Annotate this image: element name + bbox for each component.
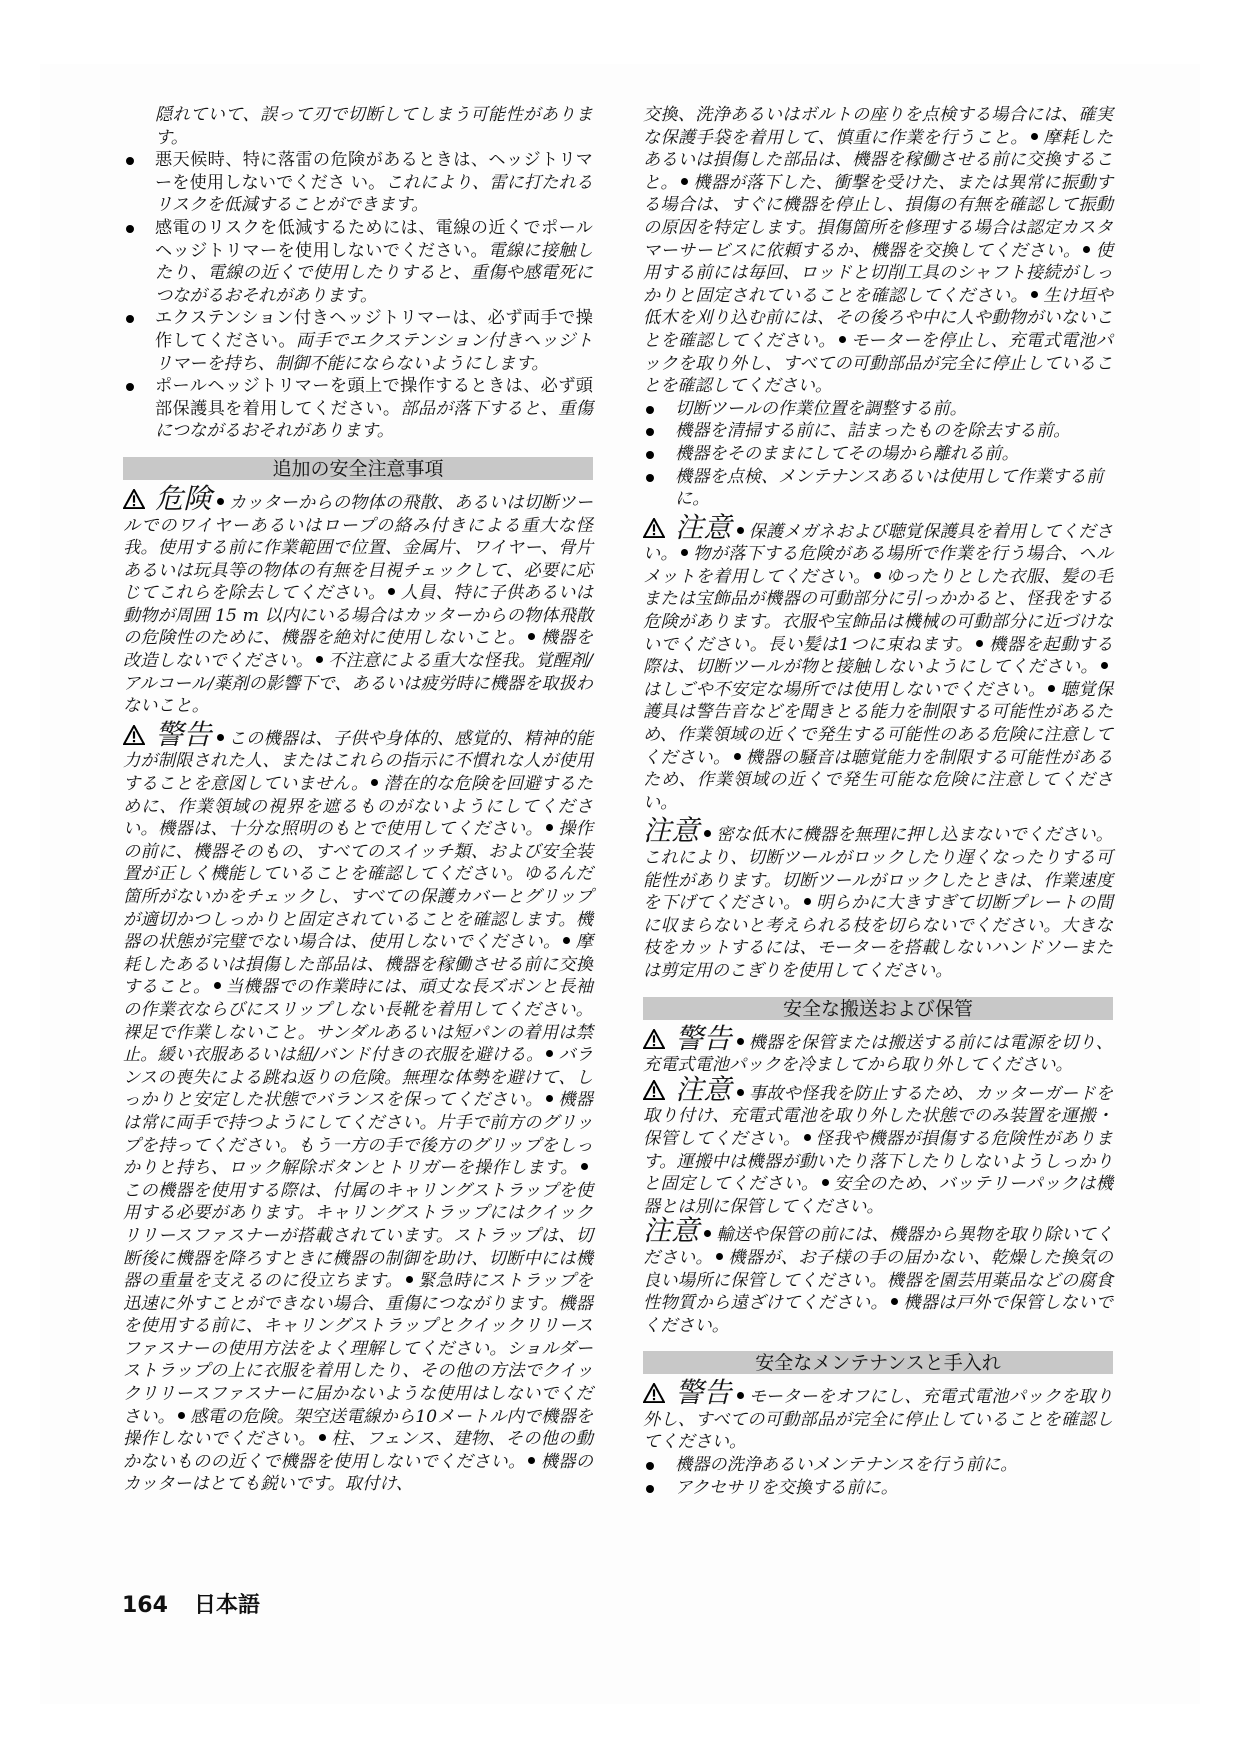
bullet-dot-icon — [388, 588, 395, 595]
bullet-dot-icon — [1031, 133, 1038, 140]
continuation-item: 機器が落下した、衝撃を受けた、または異常に振動する場合は、すぐに機器を停止し、損… — [643, 173, 1113, 261]
bullet-item: 切断ツールの作業位置を調整する前。 — [643, 398, 1113, 421]
warning-item: 緊急時にストラップを迅速に外すことができない場合、重傷につながります。機器を使用… — [123, 1271, 593, 1427]
warning-triangle-icon — [643, 1080, 665, 1100]
warning-label: 警告 — [155, 718, 212, 751]
bullet-dot-icon — [217, 498, 224, 505]
bullet-dot-icon — [737, 1089, 744, 1096]
section-heading: 追加の安全注意事項 — [123, 457, 593, 480]
bullet-dot-icon — [178, 1412, 185, 1419]
warning-block: 警告この機器は、子供や身体的、感覚的、精神的能力が制限された人、またはこれらの指… — [123, 722, 593, 1496]
warning-triangle-icon — [123, 489, 145, 509]
bullet-dot-icon — [734, 753, 741, 760]
bullet-dot-icon — [214, 982, 221, 989]
transport-caution-block: 注意事故や怪我を防止するため、カッターガードを取り付け、充電式電池を取り外した状… — [643, 1077, 1113, 1219]
notice-label: 注意 — [643, 1214, 699, 1247]
caution-label: 注意 — [675, 1073, 732, 1106]
bullet-dot-icon — [839, 336, 846, 343]
bullet-dot-icon — [804, 1134, 811, 1141]
bullet-dot-icon — [822, 1179, 829, 1186]
left-column: 隠れていて、誤って刃で切断してしまう可能性があります。 悪天候時、特に落雷の危険… — [123, 104, 593, 1496]
bullet-dot-icon — [546, 1050, 553, 1057]
bullet-dot-icon — [406, 1276, 413, 1283]
continuation-text: 隠れていて、誤って刃で切断してしまう可能性があります。 — [123, 104, 593, 149]
page-number: 164 — [122, 1593, 168, 1618]
danger-label: 危険 — [155, 482, 212, 515]
bullet-dot-icon — [546, 1095, 553, 1102]
bullet-item: 機器の洗浄あるいメンテナンスを行う前に。 — [643, 1454, 1113, 1477]
page-language: 日本語 — [194, 1593, 260, 1618]
danger-block: 危険カッターからの物体の飛散、あるいは切断ツールでのワイヤーあるいはロープの絡み… — [123, 486, 593, 718]
bullet-dot-icon — [1048, 685, 1055, 692]
bullet-dot-icon — [371, 779, 378, 786]
bullet-dot-icon — [581, 1163, 588, 1170]
bullet-item: エクステンション付きヘッジトリマーは、必ず両手で操作してください。両手でエクステ… — [123, 307, 593, 375]
bullet-item: 感電のリスクを低減するためには、電線の近くでポールヘッジトリマーを使用しないでく… — [123, 217, 593, 307]
warning-triangle-icon — [643, 518, 665, 538]
section-heading-transport: 安全な搬送および保管 — [643, 997, 1113, 1020]
bullet-dot-icon — [316, 656, 323, 663]
bullet-dot-icon — [737, 527, 744, 534]
bullet-dot-icon — [546, 824, 553, 831]
bullet-dot-icon — [704, 1230, 711, 1237]
caution-block: 注意保護メガネおよび聴覚保護具を着用してください。物が落下する危険がある場所で作… — [643, 515, 1113, 815]
section-heading-maintenance: 安全なメンテナンスと手入れ — [643, 1351, 1113, 1374]
bullet-dot-icon — [528, 1457, 535, 1464]
warning-triangle-icon — [643, 1029, 665, 1049]
notice-label: 注意 — [643, 814, 699, 847]
bullet-item: 悪天候時、特に落雷の危険があるときは、ヘッジトリマーを使用しないでくださ い。こ… — [123, 149, 593, 217]
warning-triangle-icon — [643, 1383, 665, 1403]
caution-item: はしごや不安定な場所では使用しないでください。 — [643, 680, 1045, 700]
bullet-dot-icon — [217, 734, 224, 741]
bullet-dot-icon — [1083, 246, 1090, 253]
page-footer: 164日本語 — [122, 1588, 260, 1619]
bullet-dot-icon — [716, 1253, 723, 1260]
bullet-dot-icon — [563, 937, 570, 944]
caution-label: 注意 — [675, 511, 732, 544]
bullet-dot-icon — [681, 178, 688, 185]
warning-triangle-icon — [123, 725, 145, 745]
bullet-dot-icon — [704, 830, 711, 837]
bullet-dot-icon — [1031, 291, 1038, 298]
bullet-dot-icon — [1101, 662, 1108, 669]
bullet-item: 機器をそのままにしてその場から離れる前。 — [643, 443, 1113, 466]
transport-notice-block: 注意輸送や保管の前には、機器から異物を取り除いてください。機器が、お子様の手の届… — [643, 1218, 1113, 1337]
continuation-block: 交換、洗浄あるいはボルトの座りを点検する場合には、確実な保護手袋を着用して、慎重… — [643, 104, 1113, 398]
bullet-item: アクセサリを交換する前に。 — [643, 1477, 1113, 1500]
bullet-dot-icon — [874, 572, 881, 579]
notice-block: 注意密な低木に機器を無理に押し込まないでください。これにより、切断ツールがロック… — [643, 818, 1113, 982]
bullet-dot-icon — [804, 898, 811, 905]
bullet-dot-icon — [737, 1392, 744, 1399]
bullet-item: ポールヘッジトリマーを頭上で操作するときは、必ず頭部保護具を着用してください。部… — [123, 375, 593, 443]
bullet-dot-icon — [319, 1434, 326, 1441]
bullet-dot-icon — [681, 549, 688, 556]
bullet-dot-icon — [528, 633, 535, 640]
bullet-item: 機器を清掃する前に、詰まったものを除去する前。 — [643, 420, 1113, 443]
warning-label: 警告 — [675, 1376, 732, 1409]
maintenance-warning-block: 警告モーターをオフにし、充電式電池パックを取り外し、すべての可動部品が完全に停止… — [643, 1380, 1113, 1454]
bullet-dot-icon — [891, 1298, 898, 1305]
bullet-item: 機器を点検、メンテナンスあるいは使用して作業する前に。 — [643, 466, 1113, 511]
bullet-dot-icon — [976, 640, 983, 647]
right-column: 交換、洗浄あるいはボルトの座りを点検する場合には、確実な保護手袋を着用して、慎重… — [643, 104, 1113, 1499]
transport-warning-block: 警告機器を保管または搬送する前には電源を切り、充電式電池パックを冷ましてから取り… — [643, 1026, 1113, 1077]
warning-label: 警告 — [675, 1022, 732, 1055]
bullet-dot-icon — [737, 1038, 744, 1045]
